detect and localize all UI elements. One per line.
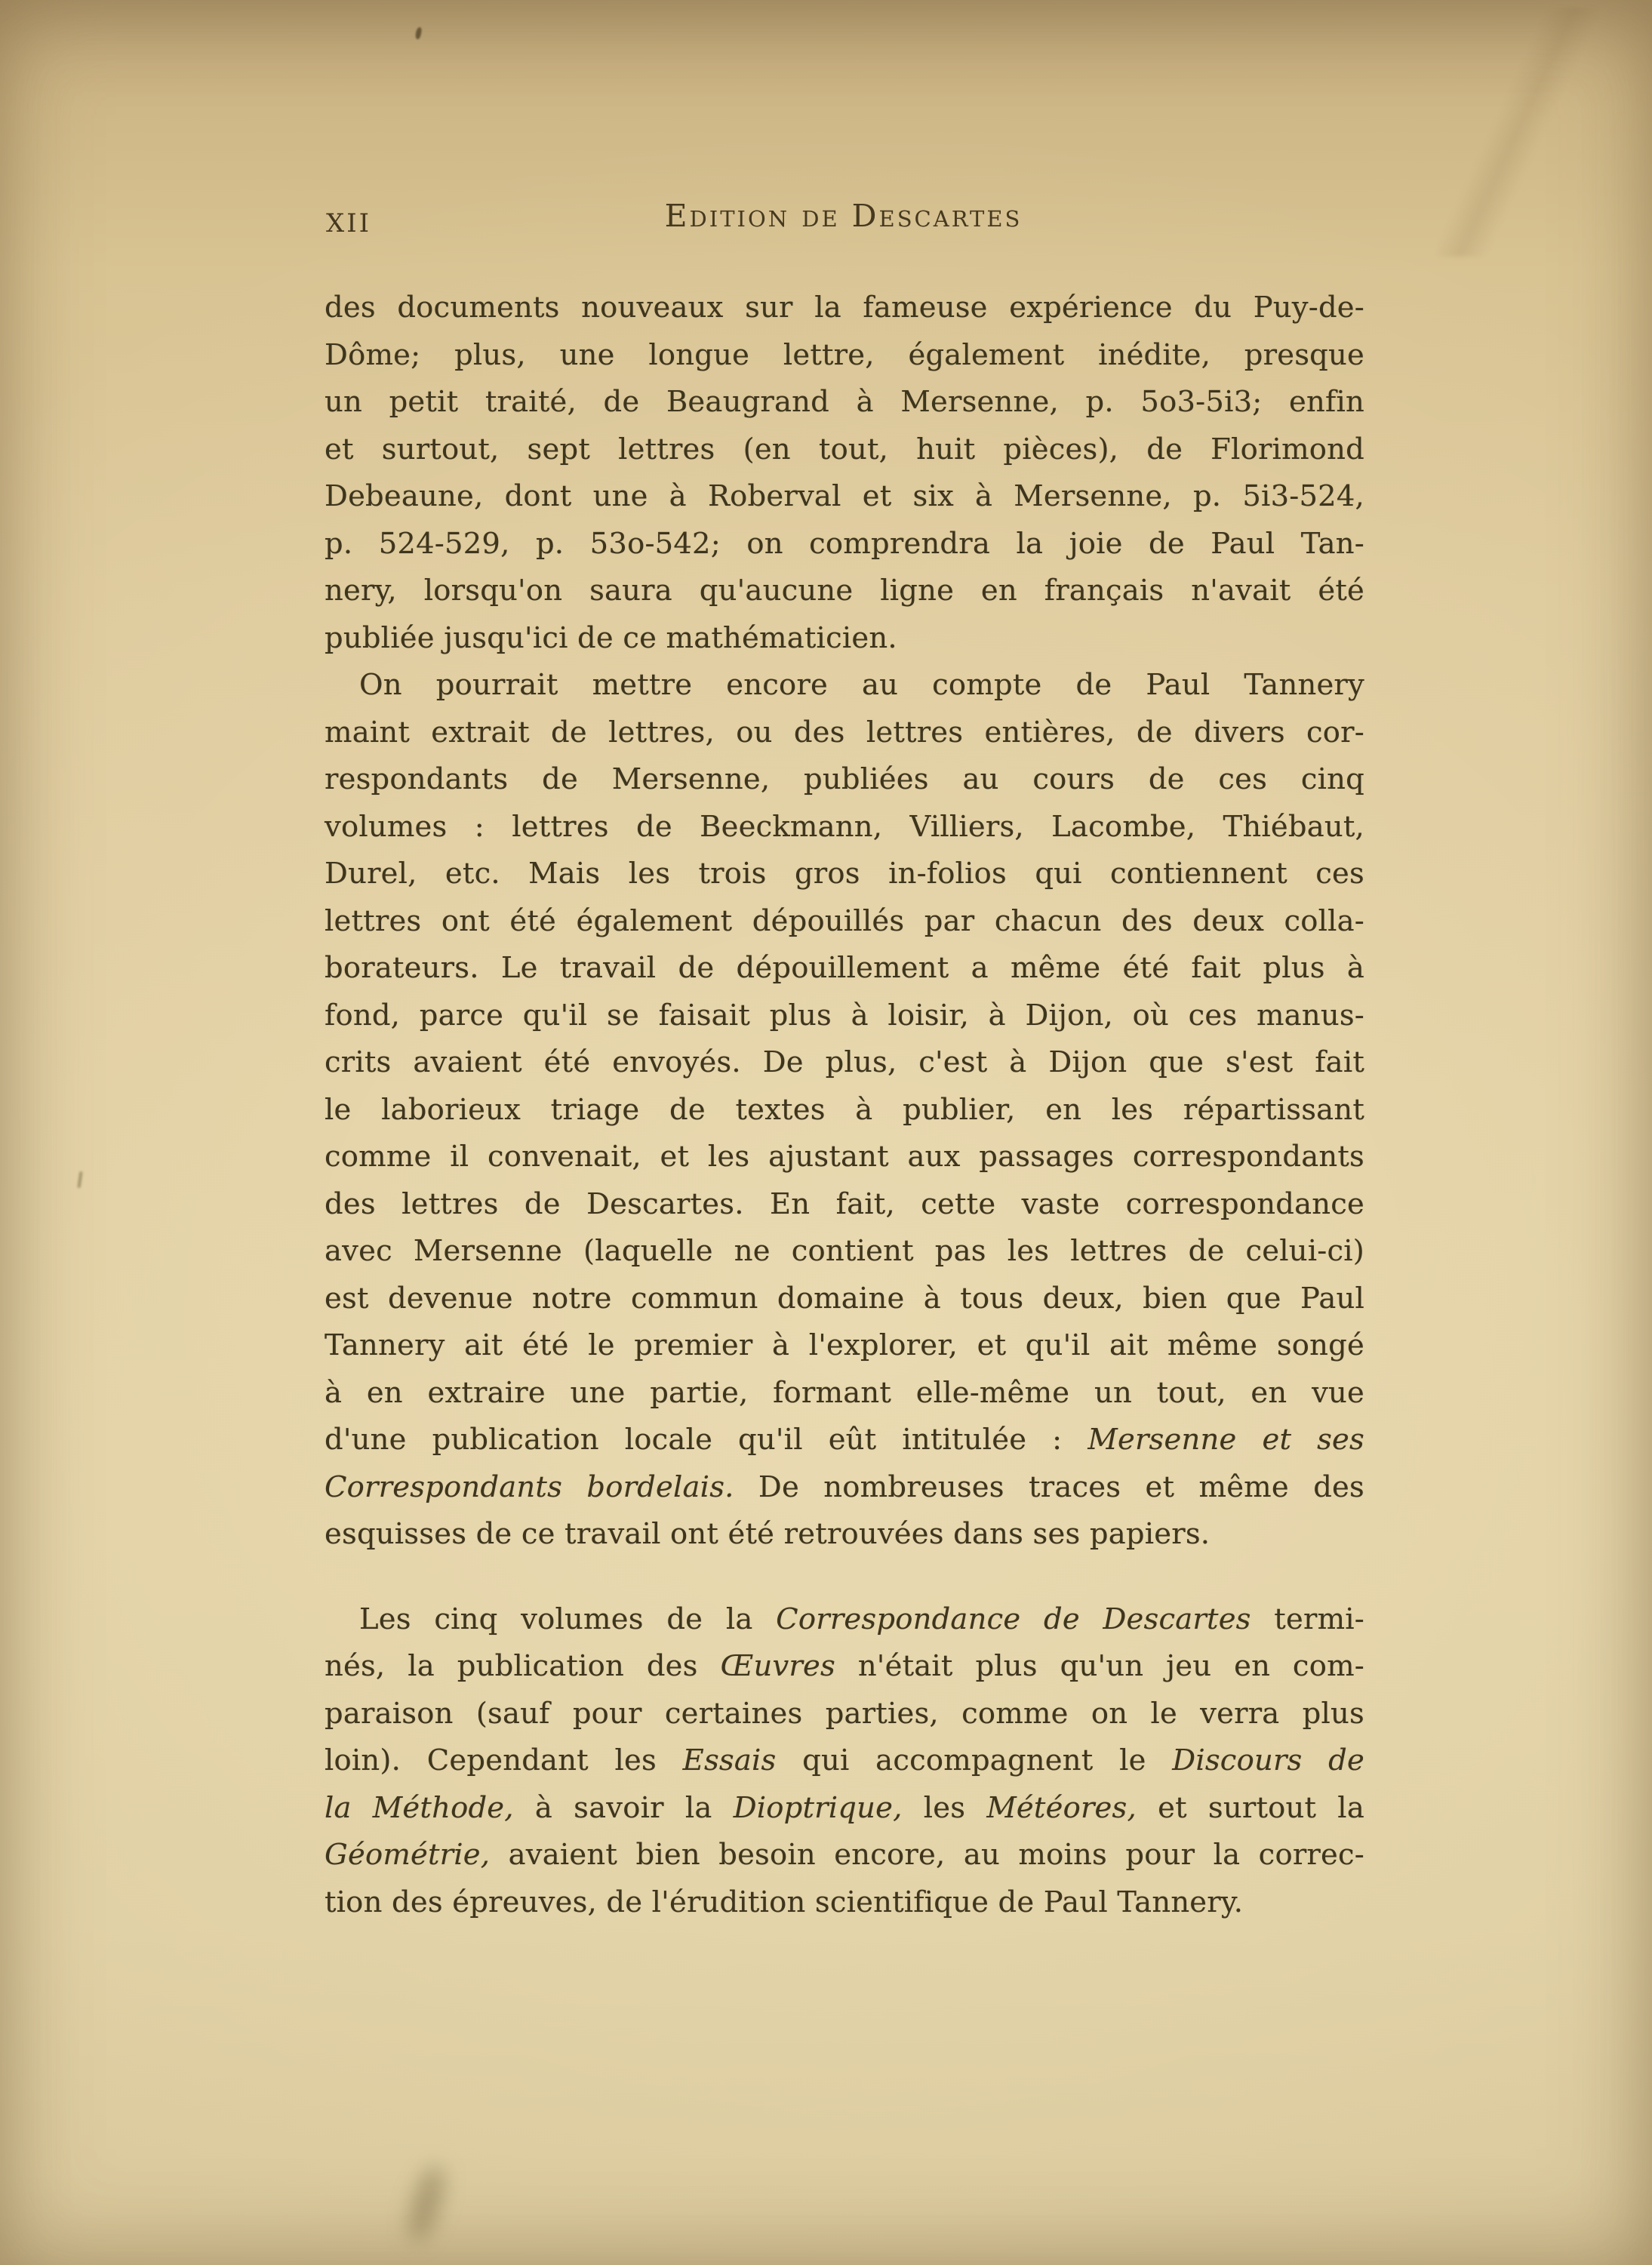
text-segment: à en extraire une partie, formant elle-m… [325,1376,1364,1410]
paper-speck [77,1171,82,1188]
book-page: XII Edition de Descartes des documents n… [0,0,1652,2265]
text-segment: nery, lorsqu'on saura qu'aucune ligne en… [325,574,1364,608]
text-segment: un petit traité, de Beaugrand à Mersenne… [325,385,1364,419]
text-segment: Debeaune, dont une à Roberval et six à M… [325,479,1364,513]
text-segment: esquisses de ce travail ont été retrouvé… [325,1517,1210,1551]
text-line: Les cinq volumes de la Correspondance de… [325,1596,1364,1644]
text-line: la Méthode, à savoir la Dioptrique, les … [325,1785,1364,1833]
text-line: Dôme; plus, une longue lettre, également… [325,332,1364,380]
text-segment: n'était plus qu'un jeu en com- [835,1649,1364,1683]
body-text: des documents nouveaux sur la fameuse ex… [325,285,1364,1926]
text-line: nés, la publication des Œuvres n'était p… [325,1643,1364,1691]
text-segment: paraison (sauf pour certaines parties, c… [325,1697,1364,1731]
paragraph: On pourrait mettre encore au compte de P… [325,662,1364,1559]
text-line: respondants de Mersenne, publiées au cou… [325,756,1364,804]
text-segment: d'une publication locale qu'il eût intit… [325,1423,1087,1457]
text-line: Correspondants bordelais. De nombreuses … [325,1464,1364,1512]
paragraph: des documents nouveaux sur la fameuse ex… [325,285,1364,662]
page-header: XII Edition de Descartes [325,198,1362,243]
text-segment: maint extrait de lettres, ou des lettres… [325,716,1364,749]
text-line: des lettres de Descartes. En fait, cette… [325,1181,1364,1229]
text-segment: On pourrait mettre encore au compte de P… [359,668,1364,702]
text-line: p. 524-529, p. 53o-542; on comprendra la… [325,521,1364,568]
paragraph: Les cinq volumes de la Correspondance de… [325,1596,1364,1927]
text-line: Géométrie, avaient bien besoin encore, a… [325,1832,1364,1879]
text-segment: et surtout, sept lettres (en tout, huit … [325,432,1364,466]
running-title: Edition de Descartes [325,198,1362,234]
italic-text: Correspondance de Descartes [776,1602,1251,1636]
text-line: d'une publication locale qu'il eût intit… [325,1417,1364,1464]
text-segment: qui accompagnent le [777,1743,1173,1777]
text-segment: et surtout la [1137,1791,1364,1825]
text-segment: avec Mersenne (laquelle ne contient pas … [325,1234,1364,1268]
text-segment: publiée jusqu'ici de ce mathématicien. [325,621,897,655]
text-line: des documents nouveaux sur la fameuse ex… [325,285,1364,332]
italic-text: Essais [683,1743,777,1777]
italic-text: Géométrie, [325,1838,490,1872]
text-line: nery, lorsqu'on saura qu'aucune ligne en… [325,568,1364,615]
text-segment: Dôme; plus, une longue lettre, également… [325,338,1364,372]
text-line: loin). Cependant les Essais qui accompag… [325,1737,1364,1785]
text-line: esquisses de ce travail ont été retrouvé… [325,1511,1364,1559]
text-line: lettres ont été également dépouillés par… [325,898,1364,946]
text-segment: Tannery ait été le premier à l'explorer,… [325,1328,1364,1362]
italic-text: Correspondants bordelais. [325,1470,734,1504]
text-line: Durel, etc. Mais les trois gros in-folio… [325,851,1364,898]
text-line: volumes : lettres de Beeckmann, Villiers… [325,804,1364,851]
italic-text: Discours de [1172,1743,1364,1777]
text-line: On pourrait mettre encore au compte de P… [325,662,1364,709]
paper-speck [414,26,423,39]
text-segment: tion des épreuves, de l'érudition scient… [325,1885,1243,1919]
text-segment: crits avaient été envoyés. De plus, c'es… [325,1045,1364,1079]
italic-text: Œuvres [720,1649,835,1683]
text-segment: fond, parce qu'il se faisait plus à lois… [325,999,1364,1032]
text-line: maint extrait de lettres, ou des lettres… [325,709,1364,757]
text-segment: Les cinq volumes de la [359,1602,776,1636]
text-line: est devenue notre commun domaine à tous … [325,1276,1364,1323]
text-segment: avaient bien besoin encore, au moins pou… [490,1838,1364,1872]
italic-text: Mersenne et ses [1087,1423,1364,1457]
text-line: Debeaune, dont une à Roberval et six à M… [325,473,1364,521]
text-line: Tannery ait été le premier à l'explorer,… [325,1322,1364,1370]
text-segment: à savoir la [514,1791,734,1825]
text-segment: De nombreuses traces et même des [734,1470,1364,1504]
paper-crease [1438,8,1596,257]
paper-smudge [403,2162,449,2245]
italic-text: Dioptrique, [734,1791,903,1825]
text-line: tion des épreuves, de l'érudition scient… [325,1879,1364,1927]
text-segment: comme il convenait, et les ajustant aux … [325,1140,1364,1174]
text-segment: le laborieux triage de textes à publier,… [325,1093,1364,1127]
text-line: comme il convenait, et les ajustant aux … [325,1134,1364,1181]
text-segment: loin). Cependant les [325,1743,683,1777]
text-line: le laborieux triage de textes à publier,… [325,1087,1364,1134]
text-line: borateurs. Le travail de dépouillement a… [325,945,1364,992]
text-segment: est devenue notre commun domaine à tous … [325,1282,1364,1316]
text-segment: p. 524-529, p. 53o-542; on comprendra la… [325,527,1364,561]
text-line: publiée jusqu'ici de ce mathématicien. [325,615,1364,663]
text-segment: des lettres de Descartes. En fait, cette… [325,1187,1364,1221]
text-line: paraison (sauf pour certaines parties, c… [325,1691,1364,1738]
italic-text: Météores, [986,1791,1137,1825]
text-line: crits avaient été envoyés. De plus, c'es… [325,1039,1364,1087]
text-line: fond, parce qu'il se faisait plus à lois… [325,992,1364,1040]
text-segment: des documents nouveaux sur la fameuse ex… [325,291,1364,325]
text-line: avec Mersenne (laquelle ne contient pas … [325,1228,1364,1276]
text-segment: les [903,1791,987,1825]
text-segment: lettres ont été également dépouillés par… [325,904,1364,938]
italic-text: la Méthode, [325,1791,514,1825]
text-segment: Durel, etc. Mais les trois gros in-folio… [325,857,1364,891]
text-segment: respondants de Mersenne, publiées au cou… [325,762,1364,796]
text-line: et surtout, sept lettres (en tout, huit … [325,426,1364,474]
text-segment: nés, la publication des [325,1649,720,1683]
text-segment: borateurs. Le travail de dépouillement a… [325,951,1364,985]
text-line: à en extraire une partie, formant elle-m… [325,1370,1364,1417]
text-segment: volumes : lettres de Beeckmann, Villiers… [325,810,1364,844]
text-line: un petit traité, de Beaugrand à Mersenne… [325,379,1364,426]
text-segment: termi- [1251,1602,1364,1636]
